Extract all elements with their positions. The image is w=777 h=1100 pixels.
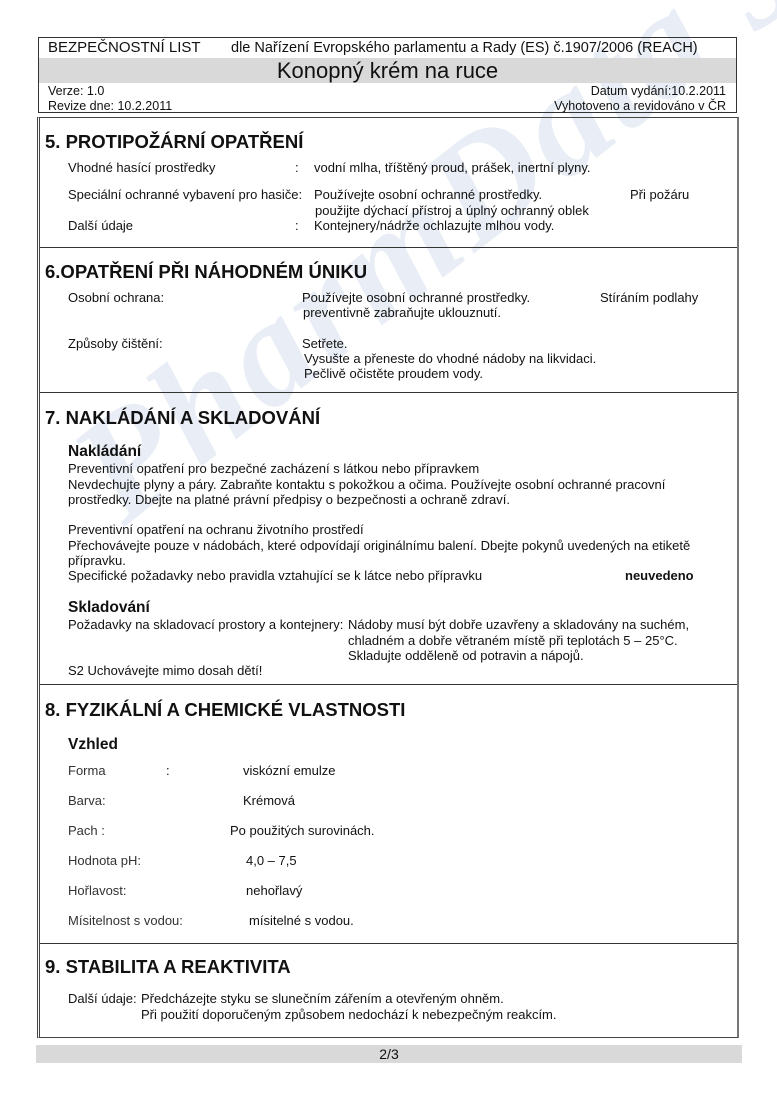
version: Verze: 1.0 (48, 84, 104, 98)
specific-value: neuvedeno (625, 568, 694, 584)
prop-value-ph: 4,0 – 7,5 (246, 853, 297, 869)
prop-value-color: Krémová (243, 793, 295, 809)
issue-date: Datum vydání:10.2.2011 (591, 84, 726, 98)
prop-value-form: viskózní emulze (243, 763, 335, 779)
s5-sep: : (295, 160, 299, 176)
env-line-2: Přechovávejte pouze v nádobách, které od… (68, 538, 690, 554)
handling-title: Nakládání (68, 443, 141, 461)
doc-type: BEZPEČNOSTNÍ LIST (48, 39, 201, 56)
prop-label-color: Barva: (68, 793, 106, 809)
divider (40, 392, 737, 393)
specific-label: Specifické požadavky nebo pravidla vztah… (68, 568, 482, 584)
prop-label-form: Forma (68, 763, 106, 779)
env-line-3: přípravku. (68, 553, 126, 569)
page-number: 2/3 (36, 1045, 742, 1063)
s5-value-special-right: Při požáru (630, 187, 689, 203)
s9-line-2: Při použití doporučeným způsobem nedochá… (141, 1007, 557, 1023)
prop-sep-form: : (166, 763, 170, 779)
section-8-title: 8. FYZIKÁLNÍ A CHEMICKÉ VLASTNOSTI (45, 699, 405, 721)
section-5-title: 5. PROTIPOŽÁRNÍ OPATŘENÍ (45, 131, 303, 153)
prop-label-ph: Hodnota pH: (68, 853, 141, 869)
s6-value-personal-right: Stíráním podlahy (600, 290, 698, 306)
s9-label: Další údaje: (68, 991, 137, 1007)
s5-label-special: Speciální ochranné vybavení pro hasiče: (68, 187, 302, 203)
s5-value-special-2: použijte dýchací přístroj a úplný ochran… (315, 203, 589, 219)
prop-value-odor: Po použitých surovinách. (230, 823, 375, 839)
handling-line-1: Preventivní opatření pro bezpečné zacház… (68, 461, 479, 477)
s6-value-personal-2: preventivně zabraňujte uklouznutí. (303, 305, 501, 321)
storage-title: Skladování (68, 599, 150, 617)
divider (40, 247, 737, 248)
storage-label: Požadavky na skladovací prostory a konte… (68, 617, 343, 633)
prop-label-odor: Pach : (68, 823, 105, 839)
divider (40, 943, 737, 944)
s5-sep-2: : (295, 218, 299, 234)
s5-value-special: Používejte osobní ochranné prostředky. (314, 187, 542, 203)
s6-cleaning-line-1: Setřete. (302, 336, 348, 352)
storage-line-1: Nádoby musí být dobře uzavřeny a skladov… (348, 617, 689, 633)
s6-cleaning-line-3: Pečlivě očistěte proudem vody. (304, 366, 483, 382)
s2-phrase: S2 Uchovávejte mimo dosah dětí! (68, 663, 262, 679)
divider (40, 684, 737, 685)
s5-label-other: Další údaje (68, 218, 133, 234)
handling-line-2: Nevdechujte plyny a páry. Zabraňte konta… (68, 477, 665, 493)
prop-value-flammability: nehořlavý (246, 883, 302, 899)
section-7-title: 7. NAKLÁDÁNÍ A SKLADOVÁNÍ (45, 407, 320, 429)
s9-line-1: Předcházejte styku se slunečním zářením … (141, 991, 504, 1007)
revision-date: Revize dne: 10.2.2011 (48, 99, 172, 113)
s6-label-personal: Osobní ochrana: (68, 290, 164, 306)
storage-line-3: Skladujte odděleně od potravin a nápojů. (348, 648, 584, 664)
prop-label-flammability: Hořlavost: (68, 883, 127, 899)
s5-value-extinguishing: vodní mlha, tříštěný proud, prášek, iner… (314, 160, 591, 176)
storage-line-2: chladném a dobře větraném místě při tepl… (348, 633, 678, 649)
prop-value-miscibility: mísitelné s vodou. (249, 913, 354, 929)
regulation: dle Nařízení Evropského parlamentu a Rad… (231, 40, 698, 56)
product-name: Konopný krém na ruce (39, 58, 736, 83)
section-9-title: 9. STABILITA A REAKTIVITA (45, 956, 291, 978)
s6-cleaning-line-2: Vysušte a přeneste do vhodné nádoby na l… (304, 351, 596, 367)
s6-label-cleaning: Způsoby čištění: (68, 336, 163, 352)
appearance-title: Vzhled (68, 736, 118, 754)
prepared-note: Vyhotoveno a revidováno v ČR (554, 99, 726, 113)
s5-value-other: Kontejnery/nádrže ochlazujte mlhou vody. (314, 218, 554, 234)
s6-value-personal: Používejte osobní ochranné prostředky. (302, 290, 530, 306)
handling-line-3: prostředky. Dbejte na platné právní před… (68, 492, 510, 508)
prop-label-miscibility: Mísitelnost s vodou: (68, 913, 183, 929)
env-line-1: Preventivní opatření na ochranu životníh… (68, 522, 364, 538)
document-header: BEZPEČNOSTNÍ LIST dle Nařízení Evropskéh… (38, 37, 737, 113)
document-body: 5. PROTIPOŽÁRNÍ OPATŘENÍ Vhodné hasící p… (37, 117, 739, 1038)
section-6-title: 6.OPATŘENÍ PŘI NÁHODNÉM ÚNIKU (45, 261, 367, 283)
s5-label-extinguishing: Vhodné hasící prostředky (68, 160, 215, 176)
